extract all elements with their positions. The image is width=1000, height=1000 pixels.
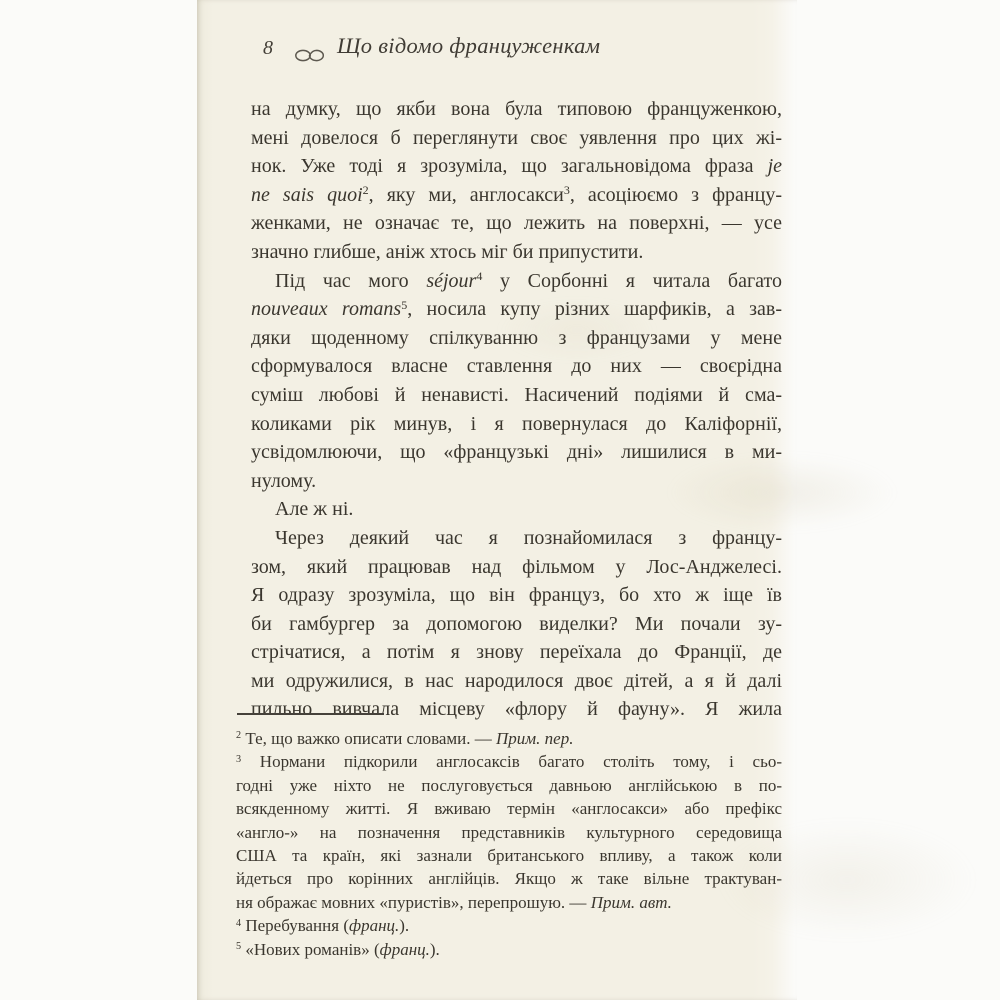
- body-line: нок. Уже тоді я зрозуміла, що загальнові…: [251, 152, 782, 181]
- running-title: Що відомо француженкам: [337, 33, 600, 59]
- footnote-separator: [237, 713, 384, 715]
- body-line: Я одразу зрозуміла, що він француз, бо х…: [251, 581, 782, 610]
- footnotes: 2 Те, що важко описати словами. — Прим. …: [236, 727, 782, 961]
- book-page-scan: 8 Що відомо француженкам на думку, що як…: [0, 0, 1000, 1000]
- body-line: суміш любові й ненависті. Насичений поді…: [251, 381, 782, 410]
- body-line: Через деякий час я познайомилася з франц…: [251, 524, 782, 553]
- header-ornament-icon: [294, 46, 326, 64]
- body-line: зом, який працював над фільмом у Лос-Анд…: [251, 553, 782, 582]
- body-line: усвідомлюючи, що «французькі дні» лишили…: [251, 438, 782, 467]
- body-line: ми одружилися, в нас народилося двоє діт…: [251, 667, 782, 696]
- body-line: пильно вивчала місцеву «флору й фауну». …: [251, 695, 782, 724]
- body-line: сформувалося власне ставлення до них — с…: [251, 352, 782, 381]
- page-number: 8: [263, 37, 273, 60]
- body-line: коликами рік минув, і я повернулася до К…: [251, 410, 782, 439]
- body-line: Під час мого séjour4 у Сорбонні я читала…: [251, 267, 782, 296]
- body-text: на думку, що якби вона була типовою фран…: [251, 95, 782, 724]
- body-line: nouveaux romans5, носила купу різних шар…: [251, 295, 782, 324]
- body-line: Але ж ні.: [251, 495, 782, 524]
- body-line: би гамбургер за допомогою виделки? Ми по…: [251, 610, 782, 639]
- body-line: стрічатися, а потім я знову переїхала до…: [251, 638, 782, 667]
- body-line: мені довелося б переглянути своє уявленн…: [251, 124, 782, 153]
- body-line: дяки щоденному спілкуванню з французами …: [251, 324, 782, 353]
- footnote-line: йдеться про корінних англійців. Якщо ж т…: [236, 867, 782, 890]
- body-line: значно глибше, аніж хтось міг би припуст…: [251, 238, 782, 267]
- footnote-line: годні уже ніхто не послуговується давньо…: [236, 774, 782, 797]
- footnote-line: США та країн, які зазнали британського в…: [236, 844, 782, 867]
- body-line: на думку, що якби вона була типовою фран…: [251, 95, 782, 124]
- footnote-line: 2 Те, що важко описати словами. — Прим. …: [236, 727, 782, 750]
- footnote-line: 3 Нормани підкорили англосаксів багато с…: [236, 750, 782, 773]
- footnote-line: 4 Перебування (франц.).: [236, 914, 782, 937]
- body-line: нулому.: [251, 467, 782, 496]
- footnote-line: 5 «Нових романів» (франц.).: [236, 938, 782, 961]
- body-line: ne sais quoi2, яку ми, англосакси3, асоц…: [251, 181, 782, 210]
- footnote-line: «англо-» на позначення представників кул…: [236, 821, 782, 844]
- footnote-line: ня ображає мовних «пуристів», перепрошую…: [236, 891, 782, 914]
- footnote-line: всякденному житті. Я вживаю термін «англ…: [236, 797, 782, 820]
- body-line: женками, не означає те, що лежить на пов…: [251, 209, 782, 238]
